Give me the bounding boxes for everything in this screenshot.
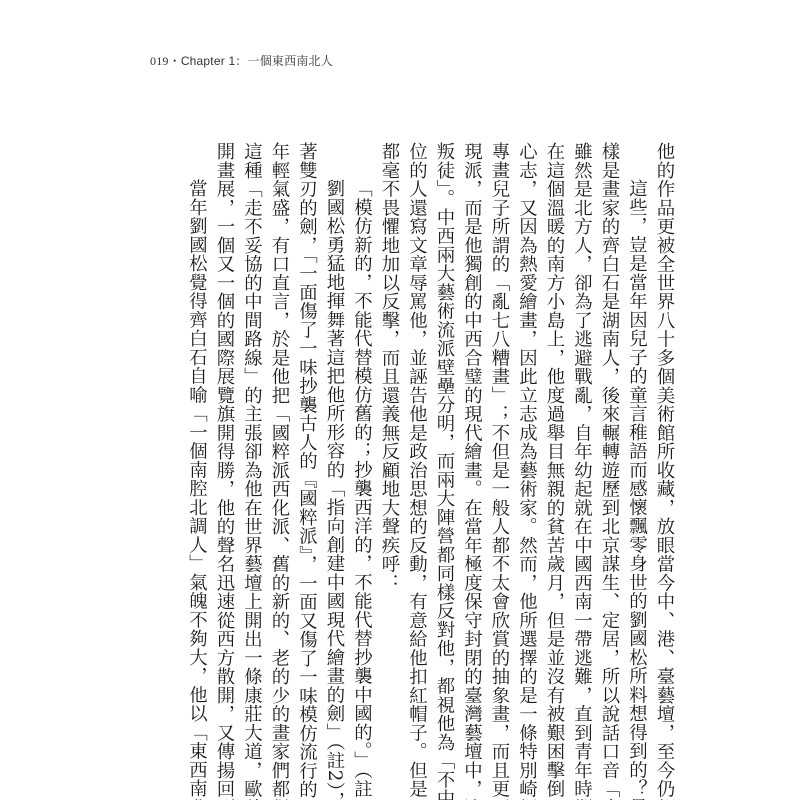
page-number: 019 (150, 54, 169, 68)
text-column-9: 叛徒」。中西兩大藝術流派壁壘分明，而兩大陣營都同樣反對他，都視他為「不中不西」，… (431, 142, 459, 732)
text-column-4: 雖然是北方人，卻為了逃避戰亂，自年幼起就在中國西南一帶逃難，直到青年時期，流亡遷… (568, 142, 596, 732)
text-column-3: 樣是畫家的齊白石是湖南人，後來輾轉遊歷到北京謀生、定居，所以說話口音「南腔北調」… (596, 142, 624, 732)
chapter-title: Chapter 1：一個東西南北人 (181, 54, 333, 68)
text-column-11: 都毫不畏懼地加以反擊，而且還義無反顧地大聲疾呼： (376, 142, 404, 732)
running-header: 019・Chapter 1：一個東西南北人 (150, 52, 333, 69)
text-column-2: 這些，豈是當年因兒子的童言稚語而感懷飄零身世的劉國松所料想得到的？最初劉國松想到… (623, 142, 651, 732)
vertical-body-text: 他的作品更被全世界八十多個美術館所收藏，放眼當今中、港、臺藝壇，至今仍都是超前的… (183, 142, 678, 732)
quote-column: 「模仿新的，不能代替模仿舊的；抄襲西洋的，不能代替抄襲中國的。」（註1） (348, 142, 376, 732)
text-column-6: 心志，又因為熱愛繪畫，因此立志成為藝術家。然而，他所選擇的是一條特別崎嶇難行的藝… (513, 142, 541, 732)
text-column-10: 位的人還寫文章辱罵他，並誣告他是政治思想的反動，有意給他扣紅帽子。但是，他這個「… (403, 142, 431, 732)
header-separator: ・ (169, 54, 181, 68)
text-column-16: 這種「走不妥協的中間路線」的主張卻為他在世界藝壇上開出一條康莊大道，歐美藝術界競… (238, 142, 266, 732)
text-column-14: 著雙刃的劍，「一面傷了一味抄襲古人的『國粹派』，一面又傷了一味模仿流行的『西化派… (293, 142, 321, 732)
text-column-15: 年輕氣盛，有口直言，於是他把「國粹派西化派、舊的新的、老的少的畫家們都得罪光了」… (266, 142, 294, 732)
text-column-17: 開畫展，一個又一個的國際展覽旗開得勝，他的聲名迅速從西方散開，又傳揚回到自己的東… (211, 142, 239, 732)
text-column-8: 現派，而是他獨創的中西合璧的現代繪畫。在當年極度保守封閉的臺灣藝壇中，這根本就是… (458, 142, 486, 732)
text-column-18: 當年劉國松覺得齊白石自喻「一個南腔北調人」氣魄不夠大，他以「東西南北人」來自況身… (183, 142, 211, 732)
text-column-1: 他的作品更被全世界八十多個美術館所收藏，放眼當今中、港、臺藝壇，至今仍都是超前的… (651, 142, 679, 732)
text-column-7: 專畫兒子所謂的「亂七八糟畫」；不但是一般人都不太會欣賞的抽象畫，而且更不是純西化… (486, 142, 514, 732)
text-column-13: 劉國松勇猛地揮舞著這把他所形容的「指向創建中國現代繪畫的劍」（註2），而這卻是一… (321, 142, 349, 732)
text-column-5: 在這個溫暖的南方小島上，他度過舉目無親的貧苦歲月，但是並沒有被艱困擊倒，反而磨練… (541, 142, 569, 732)
book-page: 019・Chapter 1：一個東西南北人 他的作品更被全世界八十多個美術館所收… (0, 0, 800, 800)
